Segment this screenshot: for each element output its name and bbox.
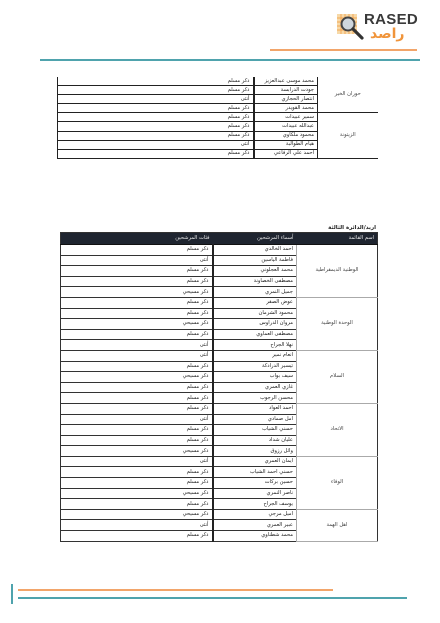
candidate-category: ذكر مسلم: [61, 467, 213, 478]
candidate-name: محمود الشرمان: [213, 308, 297, 319]
table-row: الوحدة الوطنية عوض الصقر ذكر مسلم: [61, 297, 378, 308]
candidate-name: سيف بواب: [213, 372, 297, 383]
candidate-category: ذكر مسيحي: [61, 287, 213, 298]
section-title: اربد/الدائرة الثالثة: [328, 225, 376, 231]
candidate-category: ذكر مسلم: [61, 499, 213, 510]
candidate-category: ذكر مسلم: [58, 149, 254, 158]
candidate-name: محمد موسى عبدالعزيز: [254, 77, 318, 86]
candidate-name: عبدالله عبيدات: [254, 122, 318, 131]
candidate-name: جميل النمري: [213, 287, 297, 298]
candidate-category: أنثى: [61, 456, 213, 467]
candidate-category: ذكر مسلم: [58, 104, 254, 113]
candidate-category: ذكر مسلم: [61, 531, 213, 542]
table-row: حوران الخير محمد موسى عبدالعزيز ذكر مسلم: [58, 77, 378, 86]
candidate-category: ذكر مسلم: [61, 266, 213, 277]
table-row: الوفاء ايمان العمري أنثى: [61, 456, 378, 467]
candidates-table: اسم القائمة أسماء المرشحين فئات المرشحين…: [60, 232, 378, 542]
candidate-category: ذكر مسيحي: [61, 446, 213, 457]
candidate-name: مصطفى الخصاونة: [213, 276, 297, 287]
candidate-name: احمد الخالدي: [213, 245, 297, 256]
candidate-name: محمود ملكاوي: [254, 131, 318, 140]
candidate-name: وائل رزوق: [213, 446, 297, 457]
candidate-name: انعام نمير: [213, 350, 297, 361]
candidate-name: انتصار الحجازي: [254, 95, 318, 104]
candidate-category: ذكر مسلم: [61, 403, 213, 414]
candidate-category: أنثى: [58, 140, 254, 149]
table-row: الزيتونة سمير عبيدات ذكر مسلم: [58, 113, 378, 122]
candidate-name: محسن الرجوب: [213, 393, 297, 404]
candidate-name: حسين بركات: [213, 478, 297, 489]
table-row: الاتحاد احمد العواد ذكر مسلم: [61, 403, 378, 414]
party-cell: الوفاء: [297, 456, 378, 509]
magnifier-icon: [336, 12, 366, 42]
candidate-category: أنثى: [61, 340, 213, 351]
candidate-name: سمير عبيدات: [254, 113, 318, 122]
table-row: السلام انعام نمير أنثى: [61, 350, 378, 361]
candidate-name: محمد شطناوي: [213, 531, 297, 542]
candidate-category: ذكر مسيحي: [61, 372, 213, 383]
table-row: الوطنية الديمقراطية احمد الخالدي ذكر مسل…: [61, 245, 378, 256]
footer-teal-rule: [18, 597, 407, 599]
candidate-name: حسني احمد الشياب: [213, 467, 297, 478]
candidate-category: ذكر مسلم: [61, 276, 213, 287]
header-category: فئات المرشحين: [61, 233, 213, 245]
candidate-name: عبير العمري: [213, 520, 297, 531]
party-cell: الوطنية الديمقراطية: [297, 245, 378, 298]
party-cell: الزيتونة: [318, 113, 378, 158]
candidate-name: مروان الدراوس: [213, 319, 297, 330]
party-cell: السلام: [297, 350, 378, 403]
candidate-category: أنثى: [61, 520, 213, 531]
candidate-name: محمد القويدر: [254, 104, 318, 113]
party-cell: الوحدة الوطنية: [297, 297, 378, 350]
footer-vertical-bar: [11, 584, 13, 604]
candidate-name: عوض الصقر: [213, 297, 297, 308]
candidate-category: أنثى: [58, 95, 254, 104]
header-party: اسم القائمة: [297, 233, 378, 245]
candidate-category: أنثى: [61, 414, 213, 425]
table-row: اهل الهمة اميل مرجي ذكر مسيحي: [61, 509, 378, 520]
candidate-category: ذكر مسلم: [58, 122, 254, 131]
candidate-category: أنثى: [61, 350, 213, 361]
candidate-category: ذكر مسلم: [61, 382, 213, 393]
candidate-category: ذكر مسلم: [61, 245, 213, 256]
candidate-category: ذكر مسلم: [58, 113, 254, 122]
candidate-category: ذكر مسلم: [61, 361, 213, 372]
candidate-category: ذكر مسلم: [61, 478, 213, 489]
party-cell: اهل الهمة: [297, 509, 378, 541]
candidate-category: ذكر مسلم: [61, 329, 213, 340]
candidate-category: ذكر مسيحي: [61, 509, 213, 520]
candidate-category: ذكر مسلم: [61, 308, 213, 319]
candidate-name: تيسير الدرادكة: [213, 361, 297, 372]
continued-candidates-table: حوران الخير محمد موسى عبدالعزيز ذكر مسلم…: [57, 77, 378, 159]
candidate-name: حسني الشياب: [213, 425, 297, 436]
candidate-name: يوسف الجراح: [213, 499, 297, 510]
candidate-name: احمد العواد: [213, 403, 297, 414]
rased-logo: RASED راصد: [336, 8, 422, 46]
footer-orange-rule: [18, 589, 333, 591]
candidate-category: ذكر مسيحي: [61, 319, 213, 330]
header-name: أسماء المرشحين: [213, 233, 297, 245]
candidate-name: ناصر النمري: [213, 488, 297, 499]
candidate-category: ذكر مسلم: [61, 393, 213, 404]
candidate-name: غازي العمري: [213, 382, 297, 393]
candidate-name: محمد العجلوني: [213, 266, 297, 277]
logo-text-ar: راصد: [370, 26, 404, 42]
candidate-category: ذكر مسيحي: [61, 488, 213, 499]
candidate-name: ايمان العمري: [213, 456, 297, 467]
candidate-category: ذكر مسلم: [58, 77, 254, 86]
candidate-name: أحمد علي الرفاعي: [254, 149, 318, 158]
candidate-name: فاطمة الياسين: [213, 255, 297, 266]
candidate-name: اميل مرجي: [213, 509, 297, 520]
candidate-name: امل صمادي: [213, 414, 297, 425]
header-orange-rule: [270, 49, 417, 51]
party-cell: حوران الخير: [318, 77, 378, 113]
candidate-category: ذكر مسلم: [61, 297, 213, 308]
candidate-name: عليان شداد: [213, 435, 297, 446]
candidate-name: جودت الدرابسة: [254, 86, 318, 95]
candidate-name: نهلا الجراح: [213, 340, 297, 351]
candidate-category: ذكر مسلم: [61, 435, 213, 446]
table-header-row: اسم القائمة أسماء المرشحين فئات المرشحين: [61, 233, 378, 245]
candidate-category: ذكر مسلم: [58, 131, 254, 140]
header-teal-rule: [40, 59, 420, 61]
candidate-name: مصطفى العماوي: [213, 329, 297, 340]
candidate-name: هيام الطوالبة: [254, 140, 318, 149]
candidate-category: ذكر مسلم: [61, 425, 213, 436]
party-cell: الاتحاد: [297, 403, 378, 456]
candidate-category: أنثى: [61, 255, 213, 266]
candidate-category: ذكر مسلم: [58, 86, 254, 95]
